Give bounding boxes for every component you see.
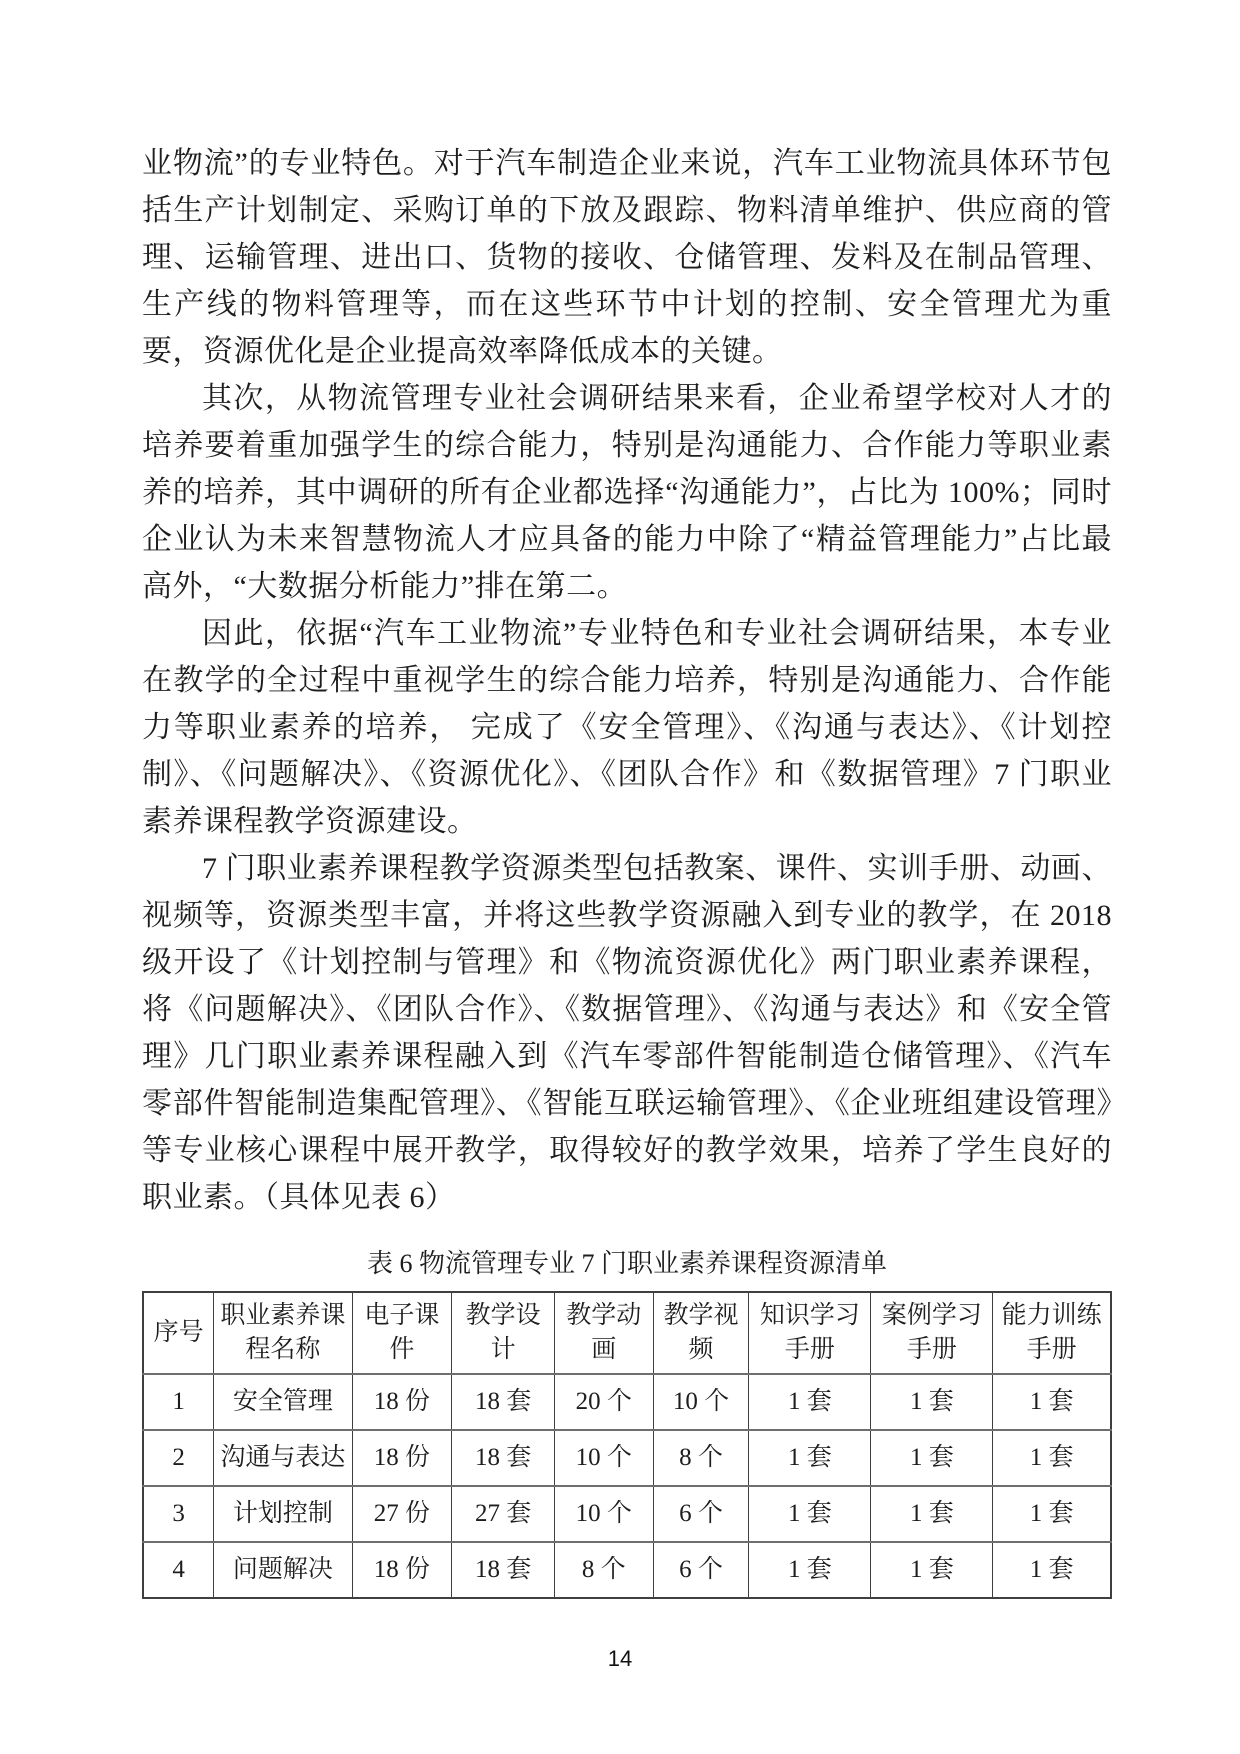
header-serial-number: 序号 bbox=[143, 1292, 214, 1374]
table-caption: 表 6 物流管理专业 7 门职业素养课程资源清单 bbox=[142, 1247, 1112, 1281]
table-cell: 8 个 bbox=[554, 1542, 653, 1598]
table-cell: 1 套 bbox=[993, 1430, 1111, 1486]
table-cell: 3 bbox=[143, 1486, 214, 1542]
table-cell: 问题解决 bbox=[214, 1542, 352, 1598]
table-cell: 1 套 bbox=[871, 1486, 993, 1542]
header-knowledge-manual: 知识学习手册 bbox=[749, 1292, 871, 1374]
header-teaching-animation: 教学动画 bbox=[554, 1292, 653, 1374]
body-paragraph-1: 业物流”的专业特色。对于汽车制造企业来说，汽车工业物流具体环节包括生产计划制定、… bbox=[142, 140, 1112, 375]
table-cell: 20 个 bbox=[554, 1374, 653, 1430]
table-cell: 1 套 bbox=[749, 1486, 871, 1542]
table-cell: 1 套 bbox=[871, 1542, 993, 1598]
table-cell: 计划控制 bbox=[214, 1486, 352, 1542]
header-ability-manual: 能力训练手册 bbox=[993, 1292, 1111, 1374]
table-cell: 18 份 bbox=[352, 1374, 452, 1430]
table-cell: 4 bbox=[143, 1542, 214, 1598]
header-course-name: 职业素养课程名称 bbox=[214, 1292, 352, 1374]
table-cell: 1 套 bbox=[749, 1374, 871, 1430]
table-cell: 沟通与表达 bbox=[214, 1430, 352, 1486]
table-cell: 10 个 bbox=[653, 1374, 749, 1430]
table-cell: 18 套 bbox=[452, 1542, 555, 1598]
table-cell: 27 份 bbox=[352, 1486, 452, 1542]
table-cell: 1 套 bbox=[993, 1542, 1111, 1598]
table-cell: 18 份 bbox=[352, 1430, 452, 1486]
table-cell: 6 个 bbox=[653, 1542, 749, 1598]
table-cell: 10 个 bbox=[554, 1486, 653, 1542]
page-number: 14 bbox=[0, 1646, 1240, 1672]
table-cell: 1 套 bbox=[993, 1374, 1111, 1430]
table-cell: 18 份 bbox=[352, 1542, 452, 1598]
course-resource-table: 序号 职业素养课程名称 电子课件 教学设计 教学动画 教学视频 知识学习手册 案… bbox=[142, 1291, 1112, 1599]
table-cell: 18 套 bbox=[452, 1430, 555, 1486]
body-paragraph-4: 7 门职业素养课程教学资源类型包括教案、课件、实训手册、动画、视频等，资源类型丰… bbox=[142, 845, 1112, 1221]
body-paragraph-3: 因此，依据“汽车工业物流”专业特色和专业社会调研结果，本专业在教学的全过程中重视… bbox=[142, 610, 1112, 845]
table-cell: 1 套 bbox=[749, 1430, 871, 1486]
table-cell: 10 个 bbox=[554, 1430, 653, 1486]
header-teaching-video: 教学视频 bbox=[653, 1292, 749, 1374]
table-row: 1 安全管理 18 份 18 套 20 个 10 个 1 套 1 套 1 套 bbox=[143, 1374, 1111, 1430]
table-header-row: 序号 职业素养课程名称 电子课件 教学设计 教学动画 教学视频 知识学习手册 案… bbox=[143, 1292, 1111, 1374]
header-e-courseware: 电子课件 bbox=[352, 1292, 452, 1374]
table-cell: 18 套 bbox=[452, 1374, 555, 1430]
table-row: 2 沟通与表达 18 份 18 套 10 个 8 个 1 套 1 套 1 套 bbox=[143, 1430, 1111, 1486]
document-page: 业物流”的专业特色。对于汽车制造企业来说，汽车工业物流具体环节包括生产计划制定、… bbox=[0, 0, 1240, 1754]
table-cell: 1 套 bbox=[993, 1486, 1111, 1542]
table-cell: 1 套 bbox=[871, 1430, 993, 1486]
header-teaching-design: 教学设计 bbox=[452, 1292, 555, 1374]
table-cell: 6 个 bbox=[653, 1486, 749, 1542]
table-cell: 2 bbox=[143, 1430, 214, 1486]
table-row: 3 计划控制 27 份 27 套 10 个 6 个 1 套 1 套 1 套 bbox=[143, 1486, 1111, 1542]
table-cell: 1 套 bbox=[749, 1542, 871, 1598]
table-cell: 8 个 bbox=[653, 1430, 749, 1486]
table-cell: 安全管理 bbox=[214, 1374, 352, 1430]
header-case-manual: 案例学习手册 bbox=[871, 1292, 993, 1374]
table-cell: 1 bbox=[143, 1374, 214, 1430]
body-paragraph-2: 其次，从物流管理专业社会调研结果来看，企业希望学校对人才的培养要着重加强学生的综… bbox=[142, 375, 1112, 610]
table-row: 4 问题解决 18 份 18 套 8 个 6 个 1 套 1 套 1 套 bbox=[143, 1542, 1111, 1598]
table-cell: 27 套 bbox=[452, 1486, 555, 1542]
table-cell: 1 套 bbox=[871, 1374, 993, 1430]
